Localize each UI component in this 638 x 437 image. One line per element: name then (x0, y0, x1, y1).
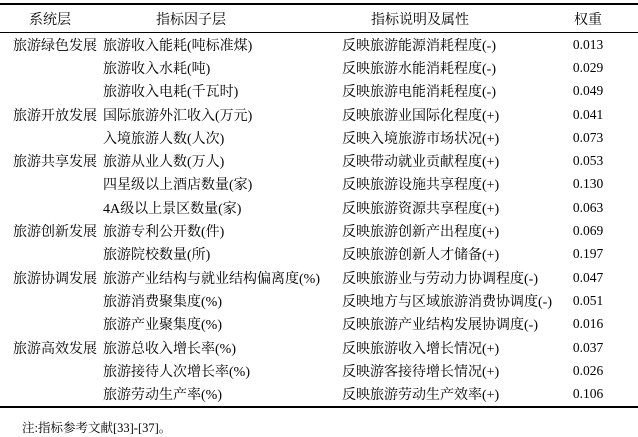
cell-system (0, 80, 100, 103)
cell-weight: 0.069 (562, 219, 638, 242)
cell-weight: 0.197 (562, 243, 638, 266)
header-weight: 权重 (562, 4, 638, 33)
cell-weight: 0.029 (562, 56, 638, 79)
table-row: 入境旅游人数(人次)反映入境旅游市场状况(+)0.073 (0, 126, 638, 149)
cell-description: 反映旅游资源共享程度(+) (340, 196, 562, 219)
cell-description: 反映旅游设施共享程度(+) (340, 173, 562, 196)
cell-weight: 0.047 (562, 266, 638, 289)
cell-indicator: 旅游产业结构与就业结构偏离度(%) (100, 266, 340, 289)
table-row: 旅游创新发展旅游专利公开数(件)反映旅游创新产出程度(+)0.069 (0, 219, 638, 242)
cell-indicator: 旅游专利公开数(件) (100, 219, 340, 242)
cell-indicator: 四星级以上酒店数量(家) (100, 173, 340, 196)
cell-description: 反映游客接待增长情况(+) (340, 359, 562, 382)
cell-description: 反映地方与区域旅游消费协调度(-) (340, 289, 562, 312)
table-row: 旅游消费聚集度(%)反映地方与区域旅游消费协调度(-)0.051 (0, 289, 638, 312)
cell-indicator: 4A级以上景区数量(家) (100, 196, 340, 219)
table-row: 旅游院校数量(所)反映旅游创新人才储备(+)0.197 (0, 243, 638, 266)
table-row: 旅游劳动生产率(%)反映旅游劳动生产效率(+)0.106 (0, 382, 638, 406)
header-indicator-factor-layer: 指标因子层 (100, 4, 340, 33)
cell-weight: 0.016 (562, 313, 638, 336)
header-system-layer: 系统层 (0, 4, 100, 33)
cell-indicator: 入境旅游人数(人次) (100, 126, 340, 149)
cell-indicator: 旅游院校数量(所) (100, 243, 340, 266)
cell-weight: 0.037 (562, 336, 638, 359)
cell-weight: 0.049 (562, 80, 638, 103)
cell-description: 反映旅游劳动生产效率(+) (340, 382, 562, 406)
paper-table-page: 系统层 指标因子层 指标说明及属性 权重 旅游绿色发展旅游收入能耗(吨标准煤)反… (0, 0, 638, 437)
table-row: 旅游高效发展旅游总收入增长率(%)反映旅游收入增长情况(+)0.037 (0, 336, 638, 359)
cell-system: 旅游创新发展 (0, 219, 100, 242)
cell-description: 反映旅游产业结构发展协调度(-) (340, 313, 562, 336)
cell-description: 反映带动就业贡献程度(+) (340, 149, 562, 172)
table-row: 旅游共享发展旅游从业人数(万人)反映带动就业贡献程度(+)0.053 (0, 149, 638, 172)
cell-indicator: 旅游消费聚集度(%) (100, 289, 340, 312)
cell-indicator: 旅游收入电耗(千瓦时) (100, 80, 340, 103)
table-header-row: 系统层 指标因子层 指标说明及属性 权重 (0, 4, 638, 33)
cell-description: 反映旅游创新人才储备(+) (340, 243, 562, 266)
cell-indicator: 旅游收入能耗(吨标准煤) (100, 33, 340, 57)
cell-weight: 0.063 (562, 196, 638, 219)
cell-weight: 0.013 (562, 33, 638, 57)
cell-system (0, 243, 100, 266)
cell-description: 反映旅游业与劳动力协调程度(-) (340, 266, 562, 289)
cell-system (0, 359, 100, 382)
cell-indicator: 旅游从业人数(万人) (100, 149, 340, 172)
table-row: 旅游协调发展旅游产业结构与就业结构偏离度(%)反映旅游业与劳动力协调程度(-)0… (0, 266, 638, 289)
cell-weight: 0.073 (562, 126, 638, 149)
cell-indicator: 旅游收入水耗(吨) (100, 56, 340, 79)
cell-description: 反映旅游收入增长情况(+) (340, 336, 562, 359)
table-row: 4A级以上景区数量(家)反映旅游资源共享程度(+)0.063 (0, 196, 638, 219)
cell-description: 反映旅游电能消耗程度(-) (340, 80, 562, 103)
cell-description: 反映旅游创新产出程度(+) (340, 219, 562, 242)
cell-system: 旅游绿色发展 (0, 33, 100, 57)
header-indicator-description: 指标说明及属性 (340, 4, 562, 33)
cell-system: 旅游高效发展 (0, 336, 100, 359)
cell-indicator: 旅游接待人次增长率(%) (100, 359, 340, 382)
table-row: 四星级以上酒店数量(家)反映旅游设施共享程度(+)0.130 (0, 173, 638, 196)
cell-indicator: 旅游总收入增长率(%) (100, 336, 340, 359)
cell-system (0, 196, 100, 219)
table-footnote: 注:指标参考文献[33]-[37]。 (0, 418, 638, 436)
cell-weight: 0.106 (562, 382, 638, 406)
cell-description: 反映旅游能源消耗程度(-) (340, 33, 562, 57)
indicator-weight-table: 系统层 指标因子层 指标说明及属性 权重 旅游绿色发展旅游收入能耗(吨标准煤)反… (0, 3, 638, 408)
table-row: 旅游产业聚集度(%)反映旅游产业结构发展协调度(-)0.016 (0, 313, 638, 336)
table-row: 旅游绿色发展旅游收入能耗(吨标准煤)反映旅游能源消耗程度(-)0.013 (0, 33, 638, 57)
cell-indicator: 旅游产业聚集度(%) (100, 313, 340, 336)
cell-system: 旅游开放发展 (0, 103, 100, 126)
cell-system: 旅游共享发展 (0, 149, 100, 172)
cell-weight: 0.053 (562, 149, 638, 172)
cell-description: 反映入境旅游市场状况(+) (340, 126, 562, 149)
cell-weight: 0.051 (562, 289, 638, 312)
table-row: 旅游开放发展国际旅游外汇收入(万元)反映旅游业国际化程度(+)0.041 (0, 103, 638, 126)
cell-system (0, 382, 100, 406)
cell-system (0, 173, 100, 196)
table-row: 旅游接待人次增长率(%)反映游客接待增长情况(+)0.026 (0, 359, 638, 382)
cell-weight: 0.026 (562, 359, 638, 382)
cell-system: 旅游协调发展 (0, 266, 100, 289)
table-row: 旅游收入电耗(千瓦时)反映旅游电能消耗程度(-)0.049 (0, 80, 638, 103)
cell-system (0, 289, 100, 312)
cell-indicator: 国际旅游外汇收入(万元) (100, 103, 340, 126)
cell-weight: 0.041 (562, 103, 638, 126)
cell-system (0, 56, 100, 79)
cell-system (0, 313, 100, 336)
table-row: 旅游收入水耗(吨)反映旅游水能消耗程度(-)0.029 (0, 56, 638, 79)
cell-weight: 0.130 (562, 173, 638, 196)
cell-system (0, 126, 100, 149)
cell-indicator: 旅游劳动生产率(%) (100, 382, 340, 406)
cell-description: 反映旅游水能消耗程度(-) (340, 56, 562, 79)
cell-description: 反映旅游业国际化程度(+) (340, 103, 562, 126)
